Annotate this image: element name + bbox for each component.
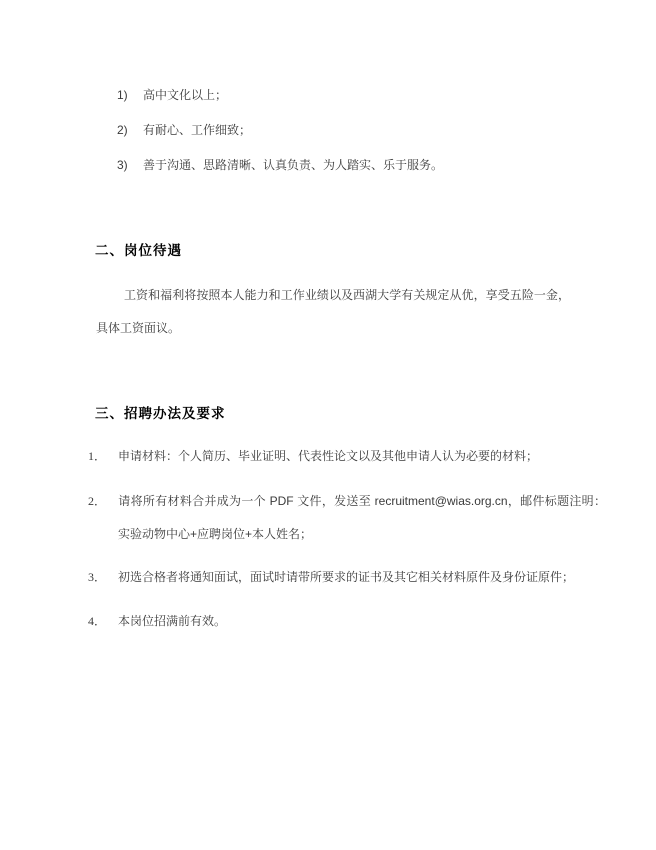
section-heading-apply: 三、招聘办法及要求 — [95, 397, 226, 430]
document-page: 1)高中文化以上； 2)有耐心、工作细致； 3)善于沟通、思路清晰、认真负责、为… — [0, 0, 656, 850]
list-item-text: 高中文化以上； — [143, 88, 227, 102]
list-marker: 4． — [88, 605, 118, 638]
apply-item-2: 2．请将所有材料合并成为一个 PDF 文件，发送至 recruitment@wi… — [88, 485, 606, 551]
qualification-item-1: 1)高中文化以上； — [117, 79, 227, 112]
apply-item-1: 1．申请材料：个人简历、毕业证明、代表性论文以及其他申请人认为必要的材料； — [88, 440, 606, 473]
qualification-item-3: 3)善于沟通、思路清晰、认真负责、为人踏实、乐于服务。 — [117, 149, 443, 182]
list-marker: 2． — [88, 485, 118, 518]
list-item-text: 申请材料：个人简历、毕业证明、代表性论文以及其他申请人认为必要的材料； — [118, 449, 538, 463]
list-marker: 2) — [117, 114, 143, 147]
apply-item-4: 4．本岗位招满前有效。 — [88, 605, 606, 638]
list-item-text: 初选合格者将通知面试，面试时请带所要求的证书及其它相关材料原件及身份证原件； — [118, 570, 574, 584]
list-item-text: 本岗位招满前有效。 — [118, 614, 226, 628]
list-marker: 1． — [88, 440, 118, 473]
list-item-text: 善于沟通、思路清晰、认真负责、为人踏实、乐于服务。 — [143, 158, 443, 172]
qualification-item-2: 2)有耐心、工作细致； — [117, 114, 251, 147]
apply-item-3: 3．初选合格者将通知面试，面试时请带所要求的证书及其它相关材料原件及身份证原件； — [88, 561, 606, 594]
section-heading-benefits: 二、岗位待遇 — [95, 234, 182, 267]
list-marker: 3) — [117, 149, 143, 182]
list-item-text: 有耐心、工作细致； — [143, 123, 251, 137]
list-item-text: 请将所有材料合并成为一个 PDF 文件，发送至 — [118, 494, 375, 508]
list-marker: 1) — [117, 79, 143, 112]
email-address: recruitment@wias.org.cn — [375, 494, 508, 508]
list-marker: 3． — [88, 561, 118, 594]
benefits-paragraph: 工资和福利将按照本人能力和工作业绩以及西湖大学有关规定从优，享受五险一金，具体工… — [96, 279, 570, 345]
